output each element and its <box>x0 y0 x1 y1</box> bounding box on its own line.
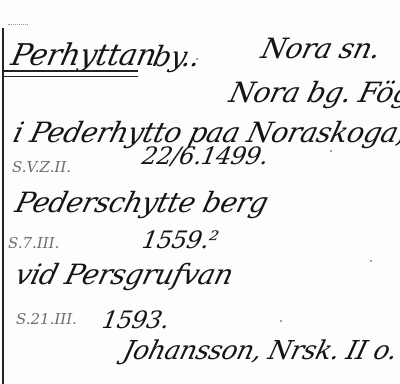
scan-speck <box>196 58 198 60</box>
card-title: Perhyttan <box>8 38 159 73</box>
entry-text-3: vid Persgrufvan <box>12 258 236 291</box>
entry-date-2: 1559.² <box>140 226 220 254</box>
scan-speck <box>330 150 332 152</box>
top-dotted-mark <box>8 24 28 26</box>
district-label: Nora bg. Fögd. <box>226 76 400 109</box>
scan-speck <box>370 260 372 262</box>
archive-card: Perhyttan by.. Nora sn. Nora bg. Fögd. i… <box>0 0 400 384</box>
title-suffix: by.. <box>150 40 203 73</box>
entry-ref-1: S.V.Z.II. <box>12 158 71 176</box>
parish-label: Nora sn. <box>258 32 384 65</box>
entry-date-3: 1593. <box>100 306 171 334</box>
scan-speck <box>96 60 98 62</box>
entry-ref-2: S.7.III. <box>8 234 59 252</box>
scan-speck <box>280 320 282 322</box>
left-margin-rule <box>2 28 4 384</box>
entry-date-1: 22/6.1499. <box>140 142 270 170</box>
entry-text-2: Pederschytte berg <box>12 186 271 219</box>
entry-ref-3: S.21.III. <box>16 310 77 328</box>
source-citation: Johansson, Nrsk. II o. III. <box>120 336 400 366</box>
title-underline <box>4 70 138 77</box>
